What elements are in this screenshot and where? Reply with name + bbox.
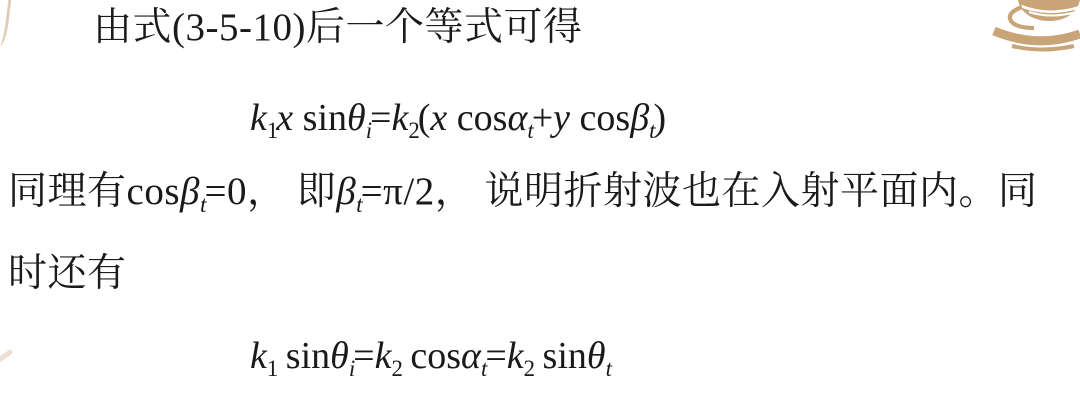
display-equation-2: k1 sinθi=k2 cosαt=k2 sinθt bbox=[250, 335, 610, 379]
left-edge-decoration-lower bbox=[0, 349, 14, 365]
body-text-line: 同理有cosβt=0， 即βt=π/2， 说明折射波也在入射平面内。同 bbox=[8, 170, 1037, 215]
slide-page: 由式(3-5-10)后一个等式可得 k1x sinθi=k2(x cosαt+y… bbox=[0, 0, 1080, 414]
left-edge-decoration-top bbox=[0, 0, 12, 47]
body-text-wrap-line: 时还有 bbox=[8, 252, 127, 297]
display-equation-1: k1x sinθi=k2(x cosαt+y cosβt) bbox=[250, 97, 666, 141]
coffee-cup-icon bbox=[988, 0, 1080, 54]
intro-text-line: 由式(3-5-10)后一个等式可得 bbox=[93, 6, 582, 51]
